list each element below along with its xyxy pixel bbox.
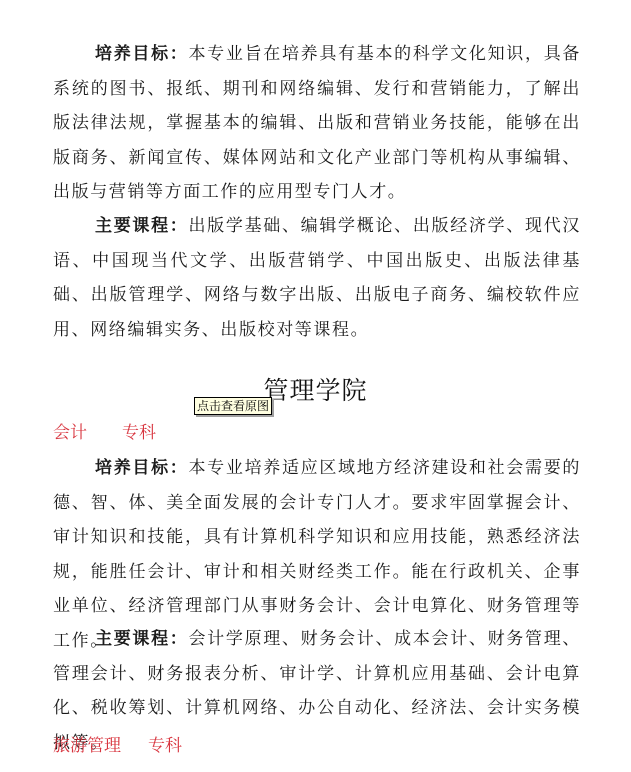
major-name: 旅游管理 — [53, 731, 148, 756]
college-title: 管理学院 — [0, 371, 631, 407]
major-name: 会计 — [53, 418, 122, 443]
major-level: 专科 — [148, 731, 182, 756]
major-heading-accounting: 会计专科 — [53, 418, 156, 443]
training-goal-label: 培养目标： — [95, 44, 188, 64]
training-goal-paragraph: 培养目标：本专业旨在培养具有基本的科学文化知识，具备系统的图书、报纸、期刊和网络… — [53, 37, 581, 210]
view-original-image-tooltip[interactable]: 点击查看原图 — [194, 397, 272, 415]
training-goal-label: 培养目标： — [95, 458, 188, 478]
major-heading-tourism-management: 旅游管理专科 — [53, 731, 182, 756]
main-courses-paragraph: 主要课程：出版学基础、编辑学概论、出版经济学、现代汉语、中国现当代文学、出版营销… — [53, 209, 581, 347]
training-goal-text: 本专业旨在培养具有基本的科学文化知识，具备系统的图书、报纸、期刊和网络编辑、发行… — [53, 44, 581, 202]
main-courses-label: 主要课程： — [95, 216, 188, 236]
major-level: 专科 — [122, 418, 156, 443]
main-courses-label: 主要课程： — [95, 629, 188, 649]
